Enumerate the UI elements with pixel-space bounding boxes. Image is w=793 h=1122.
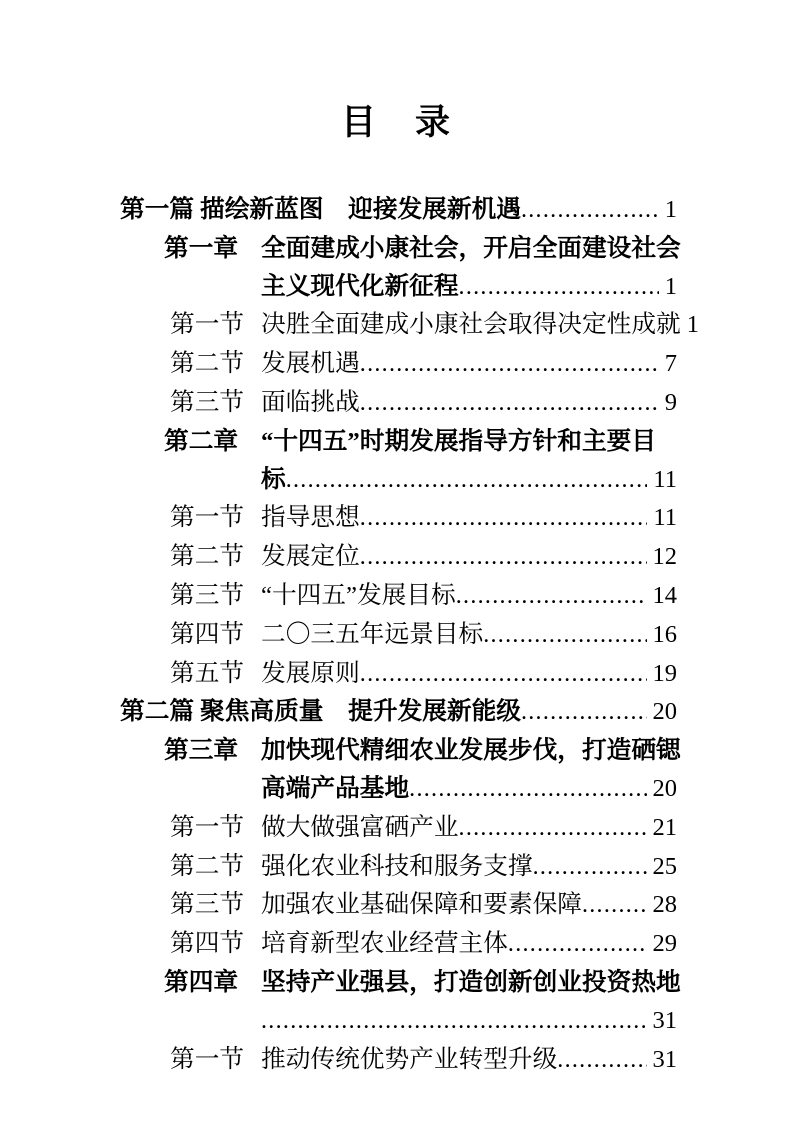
toc-entry-title: 强化农业科技和服务支撑 — [261, 848, 533, 886]
document-page: 目 录 第一篇 描绘新蓝图 迎接发展新机遇...................… — [0, 0, 793, 1122]
toc-entry-last-line: 高端产品基地..................................… — [261, 770, 677, 809]
page-number: 7 — [659, 345, 677, 383]
dot-leader: ........................................… — [459, 810, 647, 848]
dot-leader: ........................................… — [409, 771, 646, 809]
page-number: 25 — [647, 848, 678, 886]
toc-entry-last-line: 培育新型农业经营主体..............................… — [261, 925, 677, 964]
toc-entry-last-line: 做大做强富硒产业................................… — [261, 809, 677, 848]
page-number: 31 — [647, 1041, 678, 1079]
toc-entry-last-line: 推动传统优势产业转型升级............................… — [261, 1041, 677, 1080]
toc-entry-last-line: 标.......................................… — [261, 461, 677, 500]
toc-entry: 第四节 培育新型农业经营主体..........................… — [120, 925, 677, 964]
toc-entry-label: 第二章 — [164, 423, 238, 461]
toc-entry-label: 第一节 — [170, 306, 244, 344]
page-number: 16 — [647, 616, 678, 654]
page-number: 1 — [659, 191, 677, 229]
toc-entry-body: 推动传统优势产业转型升级............................… — [261, 1041, 677, 1080]
toc-entry-label: 第一章 — [164, 230, 238, 268]
toc-entry-title: 加强农业基础保障和要素保障 — [261, 886, 582, 924]
toc-entry-title: 面临挑战 — [261, 384, 360, 422]
toc-entry-title: 描绘新蓝图 迎接发展新机遇 — [200, 191, 521, 229]
page-number: 11 — [647, 461, 677, 499]
dot-leader: ........................................… — [533, 849, 647, 887]
page-number: 9 — [659, 384, 677, 422]
toc-entry-label: 第三节 — [170, 384, 244, 422]
toc-entry-label: 第一篇 — [120, 191, 194, 229]
toc-entry-label: 第四章 — [164, 964, 238, 1002]
dot-leader: ........................................… — [456, 578, 647, 616]
toc-entry-title: 指导思想 — [261, 499, 360, 537]
dot-leader: ........................................… — [360, 346, 659, 384]
dot-leader: ........................................… — [459, 269, 659, 307]
toc-entry-label: 第五节 — [170, 655, 244, 693]
toc-entry: 第二章 “十四五”时期发展指导方针和主要目标..................… — [120, 423, 677, 500]
toc-entry: 第三节 面临挑战................................… — [120, 384, 677, 423]
toc-entry-last-line: 发展原则....................................… — [261, 655, 677, 694]
toc-entry-last-line: 面临挑战....................................… — [261, 384, 677, 423]
toc-entry-last-line: “十四五”发展目标...............................… — [261, 577, 677, 616]
dot-leader: ........................................… — [521, 192, 659, 230]
toc-entry-body: 描绘新蓝图 迎接发展新机遇...........................… — [200, 191, 677, 230]
page-number: 12 — [647, 538, 678, 576]
dot-leader: ........................................… — [582, 887, 647, 925]
dot-leader: ........................................… — [286, 462, 648, 500]
page-number: 21 — [647, 809, 678, 847]
table-of-contents: 第一篇 描绘新蓝图 迎接发展新机遇.......................… — [120, 191, 677, 1079]
toc-entry: 第二篇 聚焦高质量 提升发展新能级.......................… — [120, 693, 677, 732]
toc-entry-label: 第二节 — [170, 345, 244, 383]
toc-entry-label: 第三节 — [170, 577, 244, 615]
toc-entry: 第二节 发展定位................................… — [120, 538, 677, 577]
toc-entry-title: 发展机遇 — [261, 345, 360, 383]
toc-entry-title: 发展定位 — [261, 538, 360, 576]
toc-entry-title: 培育新型农业经营主体 — [261, 925, 508, 963]
dot-leader: ........................................… — [360, 539, 647, 577]
toc-entry-title-line: “十四五”时期发展指导方针和主要目 — [261, 423, 677, 461]
toc-entry: 第四章 坚持产业强县，打造创新创业投资热地...................… — [120, 964, 677, 1041]
toc-entry-body: 发展定位....................................… — [261, 538, 677, 577]
dot-leader: ........................................… — [483, 617, 646, 655]
toc-entry-label: 第一节 — [170, 1041, 244, 1079]
toc-entry-body: 面临挑战....................................… — [261, 384, 677, 423]
page-number: 19 — [647, 655, 678, 693]
dot-leader: ........................................… — [360, 385, 659, 423]
toc-entry-body: 加快现代精细农业发展步伐，打造硒锶高端产品基地.................… — [261, 732, 677, 809]
page-number: 1 — [681, 306, 699, 344]
toc-entry-title: 做大做强富硒产业 — [261, 809, 459, 847]
page-title: 目 录 — [0, 98, 793, 148]
toc-entry-last-line: ........................................… — [261, 1002, 677, 1041]
page-number: 1 — [659, 268, 677, 306]
dot-leader: ........................................… — [508, 926, 647, 964]
toc-entry-body: 做大做强富硒产业................................… — [261, 809, 677, 848]
dot-leader: ........................................… — [261, 1003, 647, 1041]
toc-entry-last-line: 描绘新蓝图 迎接发展新机遇...........................… — [200, 191, 677, 230]
toc-entry-body: 发展原则....................................… — [261, 655, 677, 694]
toc-entry-last-line: 发展机遇....................................… — [261, 345, 677, 384]
page-number: 20 — [647, 693, 678, 731]
toc-entry-last-line: 加强农业基础保障和要素保障...........................… — [261, 886, 677, 925]
toc-entry: 第五节 发展原则................................… — [120, 655, 677, 694]
toc-entry-body: 强化农业科技和服务支撑.............................… — [261, 848, 677, 887]
toc-entry-last-line: 聚焦高质量 提升发展新能级...........................… — [200, 693, 677, 732]
toc-entry-title: 决胜全面建成小康社会取得决定性成就 — [261, 306, 681, 344]
page-number: 31 — [647, 1002, 678, 1040]
toc-entry-title: “十四五”发展目标 — [261, 577, 456, 615]
toc-entry-label: 第一节 — [170, 809, 244, 847]
toc-entry-title: 主义现代化新征程 — [261, 268, 459, 306]
toc-entry-body: 决胜全面建成小康社会取得决定性成就.......................… — [261, 306, 677, 345]
toc-entry-title-line: 全面建成小康社会，开启全面建设社会 — [261, 230, 677, 268]
toc-entry-label: 第二篇 — [120, 693, 194, 731]
dot-leader: ........................................… — [557, 1042, 646, 1080]
toc-entry-body: 发展机遇....................................… — [261, 345, 677, 384]
toc-entry-title: 聚焦高质量 提升发展新能级 — [200, 693, 521, 731]
toc-entry: 第二节 发展机遇................................… — [120, 345, 677, 384]
page-number: 14 — [647, 577, 678, 615]
page-number: 28 — [647, 886, 678, 924]
toc-entry-label: 第一节 — [170, 499, 244, 537]
toc-entry-last-line: 决胜全面建成小康社会取得决定性成就.......................… — [261, 306, 677, 345]
toc-entry-body: “十四五”发展目标...............................… — [261, 577, 677, 616]
toc-entry: 第四节 二〇三五年远景目标...........................… — [120, 616, 677, 655]
toc-entry-last-line: 主义现代化新征程................................… — [261, 268, 677, 307]
toc-entry-title: 标 — [261, 461, 286, 499]
toc-entry-last-line: 二〇三五年远景目标...............................… — [261, 616, 677, 655]
toc-entry: 第三章 加快现代精细农业发展步伐，打造硒锶高端产品基地.............… — [120, 732, 677, 809]
toc-entry: 第一篇 描绘新蓝图 迎接发展新机遇.......................… — [120, 191, 677, 230]
page-number: 11 — [647, 499, 677, 537]
toc-entry-body: “十四五”时期发展指导方针和主要目标......................… — [261, 423, 677, 500]
toc-entry-label: 第四节 — [170, 616, 244, 654]
toc-entry: 第二节 强化农业科技和服务支撑.........................… — [120, 848, 677, 887]
dot-leader: ........................................… — [360, 500, 648, 538]
toc-entry-last-line: 强化农业科技和服务支撑.............................… — [261, 848, 677, 887]
toc-entry: 第一章 全面建成小康社会，开启全面建设社会主义现代化新征程...........… — [120, 230, 677, 307]
toc-entry: 第一节 决胜全面建成小康社会取得决定性成就...................… — [120, 306, 677, 345]
toc-entry-body: 培育新型农业经营主体..............................… — [261, 925, 677, 964]
toc-entry-body: 指导思想....................................… — [261, 499, 677, 538]
page-number: 20 — [647, 770, 678, 808]
toc-entry-label: 第三节 — [170, 886, 244, 924]
toc-entry: 第一节 指导思想................................… — [120, 499, 677, 538]
page-number: 29 — [647, 925, 678, 963]
toc-entry: 第三节 “十四五”发展目标...........................… — [120, 577, 677, 616]
toc-entry-title: 推动传统优势产业转型升级 — [261, 1041, 557, 1079]
toc-entry-label: 第四节 — [170, 925, 244, 963]
toc-entry-body: 全面建成小康社会，开启全面建设社会主义现代化新征程...............… — [261, 230, 677, 307]
toc-entry-last-line: 发展定位....................................… — [261, 538, 677, 577]
toc-entry: 第三节 加强农业基础保障和要素保障.......................… — [120, 886, 677, 925]
toc-entry-label: 第二节 — [170, 848, 244, 886]
toc-entry-last-line: 指导思想....................................… — [261, 499, 677, 538]
toc-entry-body: 二〇三五年远景目标...............................… — [261, 616, 677, 655]
toc-entry-title: 高端产品基地 — [261, 770, 409, 808]
toc-entry-body: 聚焦高质量 提升发展新能级...........................… — [200, 693, 677, 732]
toc-entry-label: 第三章 — [164, 732, 238, 770]
toc-entry-label: 第二节 — [170, 538, 244, 576]
dot-leader: ........................................… — [521, 694, 647, 732]
toc-entry-body: 坚持产业强县，打造创新创业投资热地.......................… — [261, 964, 677, 1041]
toc-entry-body: 加强农业基础保障和要素保障...........................… — [261, 886, 677, 925]
toc-entry: 第一节 推动传统优势产业转型升级........................… — [120, 1041, 677, 1080]
dot-leader: ........................................… — [360, 656, 647, 694]
toc-entry-title: 发展原则 — [261, 655, 360, 693]
toc-entry-title-line: 加快现代精细农业发展步伐，打造硒锶 — [261, 732, 677, 770]
toc-entry-title-line: 坚持产业强县，打造创新创业投资热地 — [261, 964, 677, 1002]
toc-entry-title: 二〇三五年远景目标 — [261, 616, 483, 654]
toc-entry: 第一节 做大做强富硒产业............................… — [120, 809, 677, 848]
